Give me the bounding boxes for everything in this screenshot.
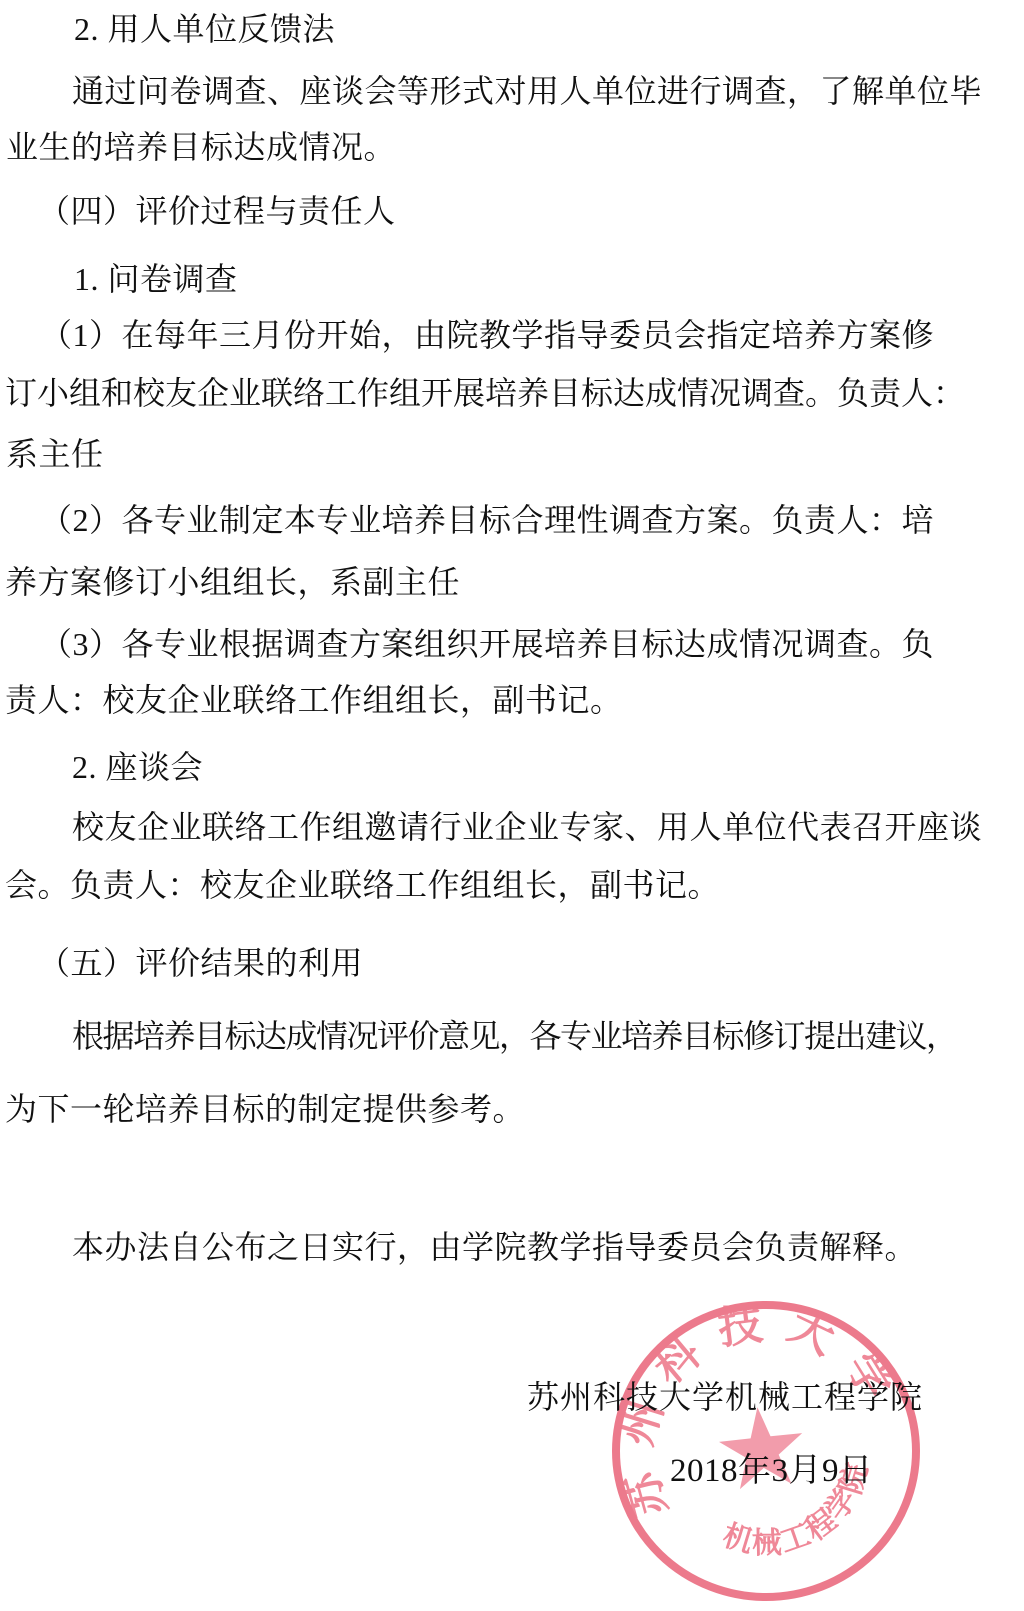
text-line: 责人：校友企业联络工作组组长，副书记。 — [5, 681, 623, 719]
section-heading: （四）评价过程与责任人 — [38, 192, 396, 230]
text-line: 通过问卷调查、座谈会等形式对用人单位进行调查，了解单位毕 — [72, 72, 982, 110]
text-line: （3）各专业根据调查方案组织开展培养目标达成情况调查。负 — [40, 625, 934, 663]
text-line: 会。负责人：校友企业联络工作组组长，副书记。 — [5, 866, 720, 904]
text-line: 本办法自公布之日实行，由学院教学指导委员会负责解释。 — [72, 1228, 917, 1266]
text-line: 2. 座谈会 — [72, 748, 203, 786]
text-line: 为下一轮培养目标的制定提供参考。 — [5, 1090, 525, 1128]
date-line: 2018年3月9日 — [670, 1444, 873, 1491]
text-line: 2. 用人单位反馈法 — [74, 10, 335, 48]
text-line: 校友企业联络工作组邀请行业企业专家、用人单位代表召开座谈 — [72, 808, 982, 846]
text-line: （1）在每年三月份开始，由院教学指导委员会指定培养方案修 — [40, 316, 934, 354]
document-page: 2. 用人单位反馈法 通过问卷调查、座谈会等形式对用人单位进行调查，了解单位毕 … — [0, 0, 1024, 1611]
section-heading: （五）评价结果的利用 — [38, 944, 363, 982]
text-line: 养方案修订小组组长，系副主任 — [5, 563, 460, 601]
text-line: 订小组和校友企业联络工作组开展培养目标达成情况调查。负责人： — [5, 374, 965, 412]
signature-line: 苏州科技大学机械工程学院 — [527, 1372, 923, 1418]
text-line: （2）各专业制定本专业培养目标合理性调查方案。负责人：培 — [40, 501, 934, 539]
text-line: 业生的培养目标达成情况。 — [6, 128, 396, 166]
text-line: 根据培养目标达成情况评价意见，各专业培养目标修订提出建议， — [72, 1017, 957, 1055]
text-line: 系主任 — [6, 435, 104, 473]
text-line: 1. 问卷调查 — [74, 260, 238, 298]
